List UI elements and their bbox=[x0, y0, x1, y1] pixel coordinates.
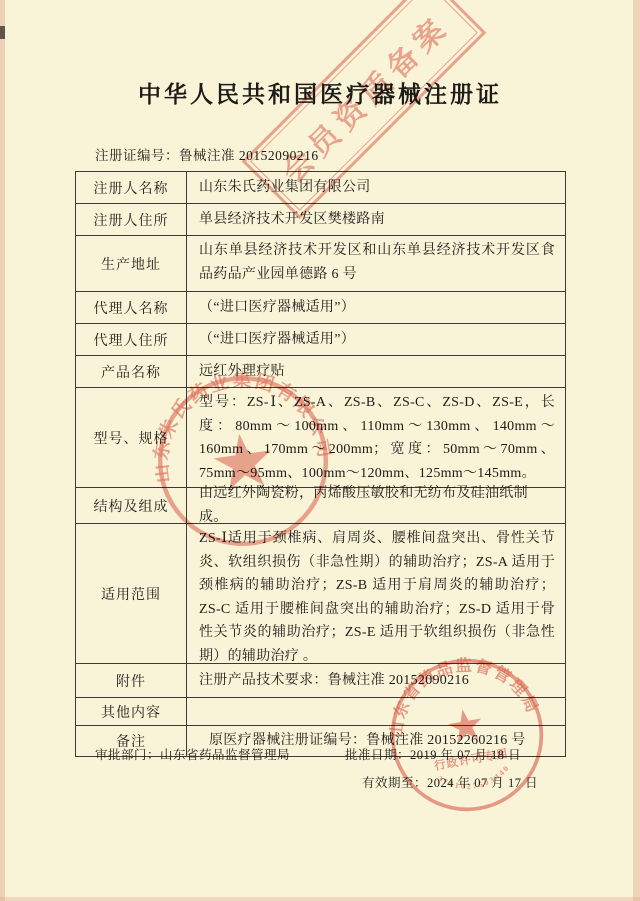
scan-edge-right bbox=[633, 0, 640, 901]
row-value: 单县经济技术开发区樊楼路南 bbox=[187, 204, 565, 235]
row-label: 结构及组成 bbox=[76, 488, 187, 523]
row-value: （“进口医疗器械适用”） bbox=[187, 324, 565, 355]
row-label: 生产地址 bbox=[76, 236, 187, 291]
row-value: 山东朱氏药业集团有限公司 bbox=[187, 172, 565, 203]
table-row: 结构及组成 由远红外陶瓷粉，丙烯酸压敏胶和无纺布及硅油纸制成。 bbox=[76, 487, 565, 523]
row-label: 代理人名称 bbox=[76, 292, 187, 323]
table-row: 适用范围 ZS-Ⅰ适用于颈椎病、肩周炎、腰椎间盘突出、骨性关节炎、软组织损伤（非… bbox=[76, 523, 565, 663]
table-row: 代理人名称 （“进口医疗器械适用”） bbox=[76, 291, 565, 323]
row-label: 型号、规格 bbox=[76, 388, 187, 487]
row-value: 型号：ZS-Ⅰ、ZS-A、ZS-B、ZS-C、ZS-D、ZS-E，长度：80mm… bbox=[187, 388, 565, 487]
row-label: 代理人住所 bbox=[76, 324, 187, 355]
approval-department: 审批部门：山东省药品监督管理局 bbox=[95, 745, 290, 763]
row-label: 注册人名称 bbox=[76, 172, 187, 203]
row-value: 由远红外陶瓷粉，丙烯酸压敏胶和无纺布及硅油纸制成。 bbox=[187, 488, 565, 523]
table-row: 产品名称 远红外理疗贴 bbox=[76, 355, 565, 387]
row-label: 附件 bbox=[76, 664, 187, 697]
row-value: （“进口医疗器械适用”） bbox=[187, 292, 565, 323]
row-value: 远红外理疗贴 bbox=[187, 356, 565, 387]
scan-edge-left bbox=[0, 0, 5, 901]
table-row: 型号、规格 型号：ZS-Ⅰ、ZS-A、ZS-B、ZS-C、ZS-D、ZS-E，长… bbox=[76, 387, 565, 487]
certificate-page: 中华人民共和国医疗器械注册证 注册证编号：鲁械注准 20152090216 注册… bbox=[0, 0, 640, 901]
page-title: 中华人民共和国医疗器械注册证 bbox=[0, 76, 640, 109]
table-row: 附件 注册产品技术要求：鲁械注准 20152090216 bbox=[76, 663, 565, 697]
scan-edge-bottom bbox=[0, 897, 640, 901]
table-row: 生产地址 山东单县经济技术开发区和山东单县经济技术开发区食品药品产业园单德路 6… bbox=[76, 235, 565, 291]
row-label: 其他内容 bbox=[76, 698, 187, 725]
table-row: 注册人名称 山东朱氏药业集团有限公司 bbox=[76, 172, 565, 203]
table-row: 其他内容 bbox=[76, 697, 565, 725]
table-row: 代理人住所 （“进口医疗器械适用”） bbox=[76, 323, 565, 355]
row-value: 山东单县经济技术开发区和山东单县经济技术开发区食品药品产业园单德路 6 号 bbox=[187, 236, 565, 291]
row-label: 适用范围 bbox=[76, 524, 187, 663]
row-value: 注册产品技术要求：鲁械注准 20152090216 bbox=[187, 664, 565, 697]
row-value bbox=[187, 698, 565, 725]
approval-date: 批准日期：2019 年 07 月 18 日 bbox=[345, 745, 521, 763]
registration-table: 注册人名称 山东朱氏药业集团有限公司 注册人住所 单县经济技术开发区樊楼路南 生… bbox=[75, 171, 566, 757]
table-row: 注册人住所 单县经济技术开发区樊楼路南 bbox=[76, 203, 565, 235]
scan-artifact-speck bbox=[0, 26, 5, 39]
certificate-number-line: 注册证编号：鲁械注准 20152090216 bbox=[95, 144, 319, 164]
row-value: ZS-Ⅰ适用于颈椎病、肩周炎、腰椎间盘突出、骨性关节炎、软组织损伤（非急性期）的… bbox=[187, 524, 565, 663]
valid-until-date: 有效期至：2024 年 07 月 17 日 bbox=[362, 773, 538, 791]
row-label: 注册人住所 bbox=[76, 204, 187, 235]
row-label: 产品名称 bbox=[76, 356, 187, 387]
